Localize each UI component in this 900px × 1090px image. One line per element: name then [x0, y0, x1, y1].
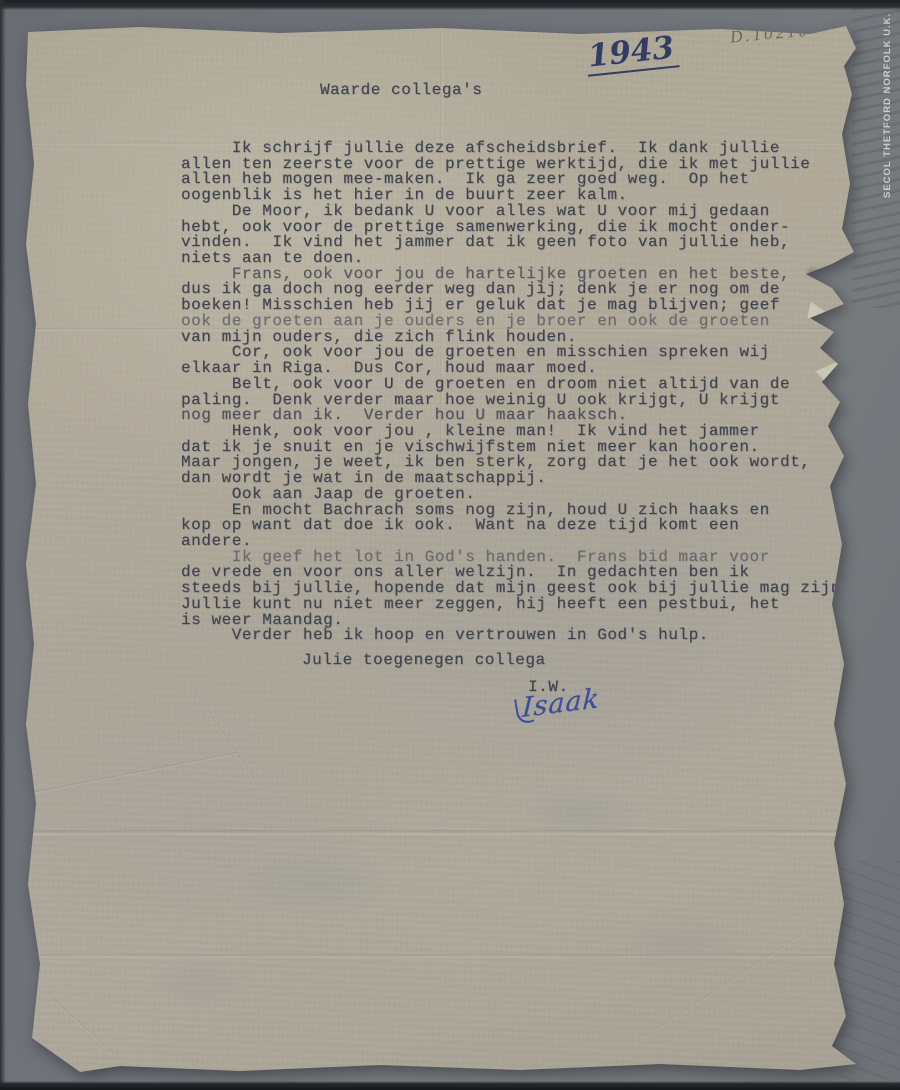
background-texture: [840, 861, 900, 1081]
salutation: Waarde collega's: [320, 81, 482, 99]
paper-crease: [45, 992, 113, 1054]
letter-line: Frans, ook voor jou de hartelijke groete…: [181, 267, 851, 283]
paper-crease: [193, 691, 256, 783]
letter-line: ook de groeten aan je ouders en je broer…: [181, 314, 851, 330]
photo-top-edge-shadow: [0, 0, 900, 10]
paper-crease: [20, 830, 858, 835]
closing-line: Julie toegenegen collega: [302, 651, 546, 669]
letter-line: Ik geef het lot in God's handen. Frans b…: [181, 550, 851, 566]
archive-edge-label: SECOL THETFORD NORFOLK U.K.: [882, 28, 893, 198]
photo-frame: SECOL THETFORD NORFOLK U.K. D.1021b 1943…: [0, 0, 900, 1090]
letter-line: kop op want dat doe ik ook. Want na deze…: [181, 518, 851, 534]
paper-crease: [20, 954, 858, 958]
letter-line: nog meer dan ik. Verder hou U maar haaks…: [181, 408, 851, 424]
paper-crease: [645, 932, 805, 1037]
reference-number: D.1021b: [729, 21, 810, 48]
photo-bottom-edge-shadow: [0, 1081, 900, 1090]
letter-body: Ik schrijf jullie deze afscheidsbrief. I…: [181, 141, 851, 644]
letter-line: Verder heb ik hoop en vertrouwen in God'…: [181, 628, 851, 644]
photo-left-edge-shadow: [0, 0, 6, 1090]
year-annotation: 1943: [584, 31, 679, 76]
letter-paper: D.1021b 1943 Waarde collega's Ik schrijf…: [20, 24, 858, 1074]
paper-crease: [32, 752, 239, 794]
